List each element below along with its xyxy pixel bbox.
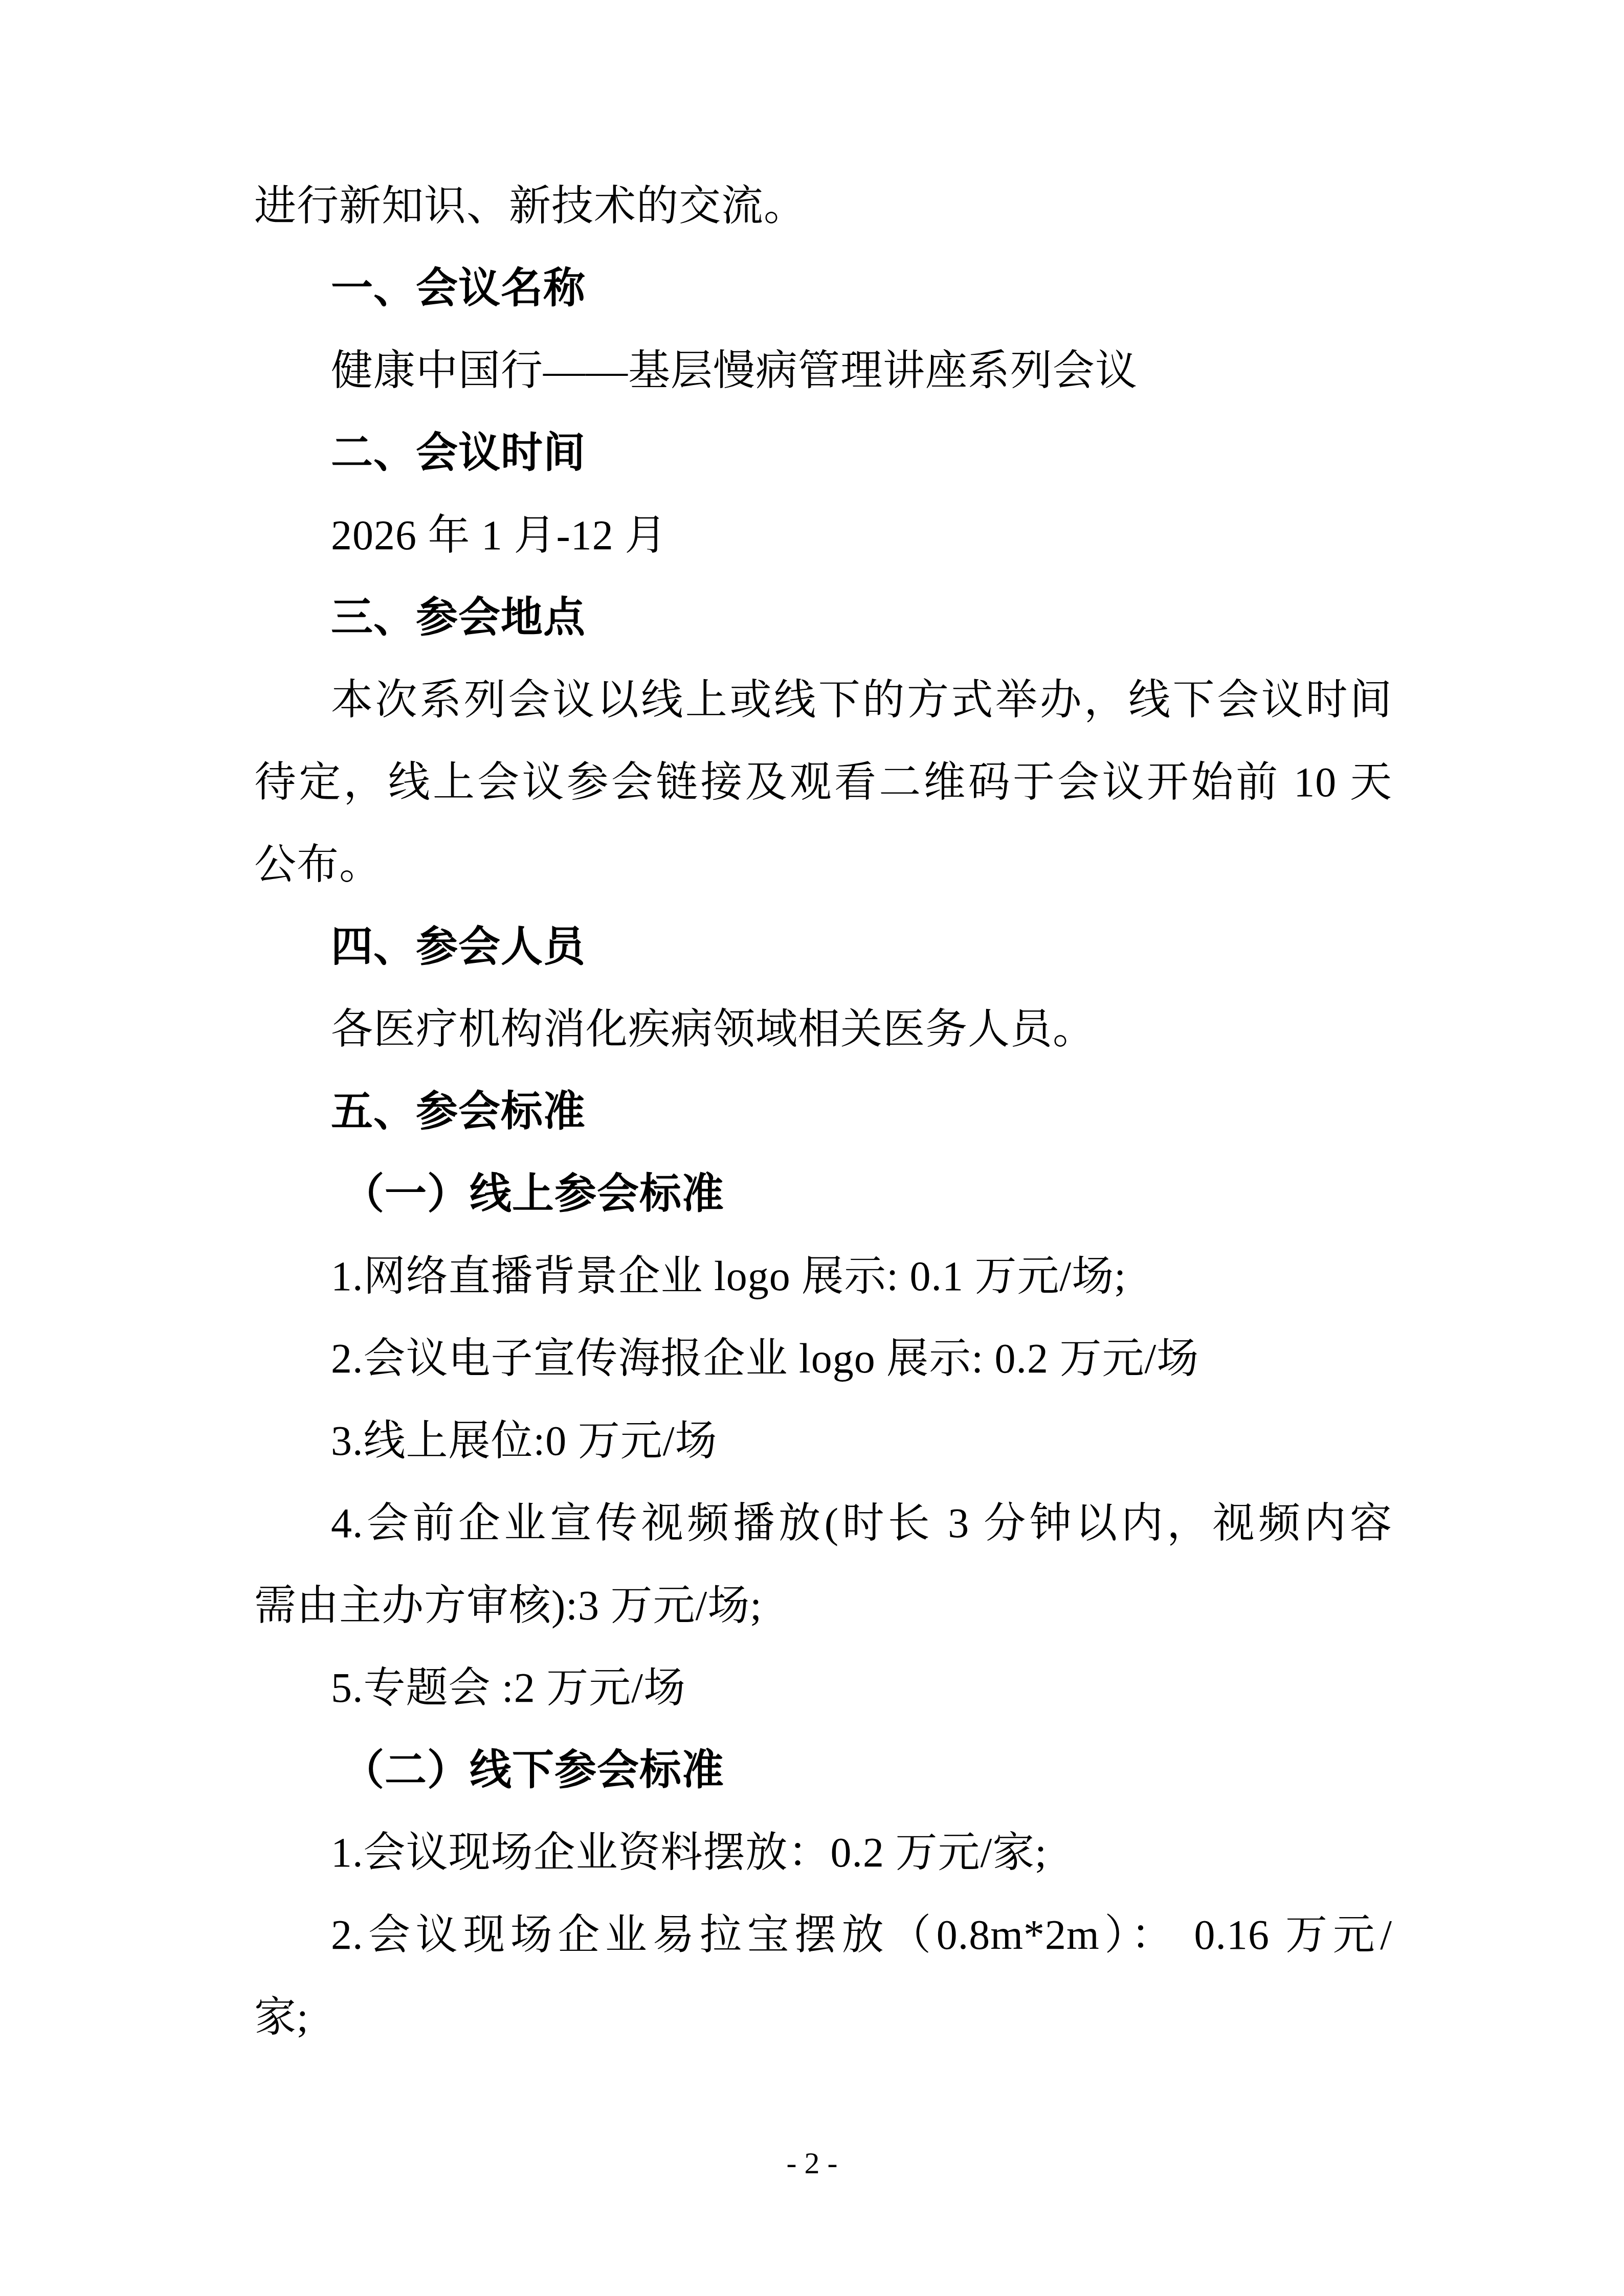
location-paragraph-line-2: 待定，线上会议参会链接及观看二维码于会议开始前 10 天 xyxy=(254,741,1392,823)
section-heading-2: 二、会议时间 xyxy=(254,412,1392,494)
conference-name: 健康中国行——基层慢病管理讲座系列会议 xyxy=(254,329,1392,412)
subsection-heading-online: （一）线上参会标准 xyxy=(254,1153,1392,1235)
online-item-1: 1.网络直播背景企业 logo 展示: 0.1 万元/场; xyxy=(254,1235,1392,1317)
section-heading-5: 五、参会标准 xyxy=(254,1070,1392,1153)
section-heading-1: 一、会议名称 xyxy=(254,247,1392,329)
location-paragraph-line-3: 公布。 xyxy=(254,823,1392,906)
section-heading-4: 四、参会人员 xyxy=(254,906,1392,988)
section-heading-3: 三、参会地点 xyxy=(254,576,1392,659)
online-item-4-line-1: 4.会前企业宣传视频播放(时长 3 分钟以内，视频内容 xyxy=(254,1482,1392,1564)
online-item-5: 5.专题会 :2 万元/场 xyxy=(254,1647,1392,1729)
location-paragraph-line-1: 本次系列会议以线上或线下的方式举办，线下会议时间 xyxy=(254,659,1392,741)
page-number: - 2 - xyxy=(0,2140,1624,2186)
paragraph-continuation: 进行新知识、新技术的交流。 xyxy=(254,165,1392,247)
document-page: 进行新知识、新技术的交流。 一、会议名称 健康中国行——基层慢病管理讲座系列会议… xyxy=(0,0,1624,2296)
conference-time: 2026 年 1 月-12 月 xyxy=(254,494,1392,576)
offline-item-2-line-1: 2.会议现场企业易拉宝摆放（0.8m*2m）： 0.16 万元/ xyxy=(254,1894,1392,1976)
online-item-2: 2.会议电子宣传海报企业 logo 展示: 0.2 万元/场 xyxy=(254,1317,1392,1400)
offline-item-2-line-2: 家; xyxy=(254,1976,1392,2058)
participants-text: 各医疗机构消化疾病领域相关医务人员。 xyxy=(254,988,1392,1070)
subsection-heading-offline: （二）线下参会标准 xyxy=(254,1729,1392,1811)
offline-item-1: 1.会议现场企业资料摆放：0.2 万元/家; xyxy=(254,1811,1392,1894)
online-item-4-line-2: 需由主办方审核):3 万元/场; xyxy=(254,1564,1392,1647)
online-item-3: 3.线上展位:0 万元/场 xyxy=(254,1400,1392,1482)
document-body: 进行新知识、新技术的交流。 一、会议名称 健康中国行——基层慢病管理讲座系列会议… xyxy=(254,165,1392,2058)
